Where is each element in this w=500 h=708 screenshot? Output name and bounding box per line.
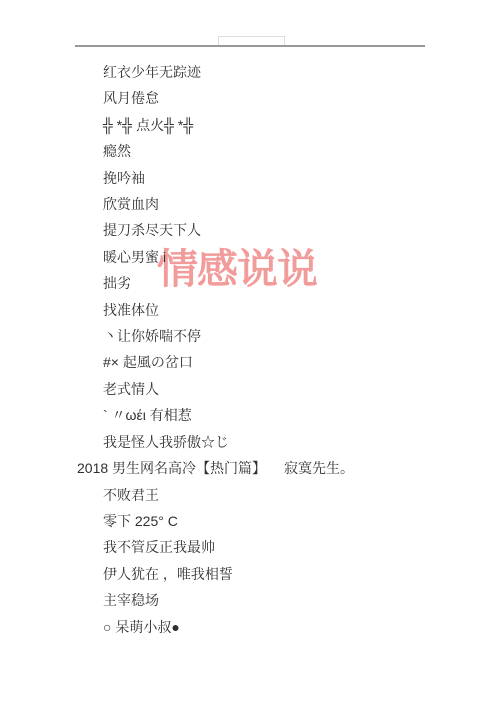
nickname-line: 拙劣 xyxy=(77,270,497,296)
nickname-list: 红衣少年无踪迹风月倦怠╬ *╬ 点火╬ *╬瘾然挽吟袖欣赏血肉提刀杀尽天下人暖心… xyxy=(77,59,497,640)
line-text: 老式情人 xyxy=(103,381,159,397)
nickname-line: 老式情人 xyxy=(77,376,497,402)
nickname-line: 提刀杀尽天下人 xyxy=(77,217,497,243)
line-text: 提刀杀尽天下人 xyxy=(103,222,201,238)
nickname-line: #× 起風の岔口 xyxy=(77,349,497,375)
line-text: 红衣少年无踪迹 xyxy=(103,64,201,80)
line-text: 暖心男蜜 i xyxy=(103,249,166,265)
line-text: 挽吟袖 xyxy=(103,170,145,186)
nickname-line: ╬ *╬ 点火╬ *╬ xyxy=(77,112,497,138)
nickname-line: 瘾然 xyxy=(77,138,497,164)
nickname-line: 风月倦怠 xyxy=(77,85,497,111)
line-text: ╬ *╬ 点火╬ *╬ xyxy=(103,117,193,133)
nickname-line: 欣赏血肉 xyxy=(77,191,497,217)
line-text: 欣赏血肉 xyxy=(103,196,159,212)
line-text: 2018 男生网名高冷【热门篇】 xyxy=(77,460,266,476)
line-text: 不败君王 xyxy=(103,487,159,503)
nickname-line: 主宰稳场 xyxy=(77,587,497,613)
nickname-line: 零下 225° C xyxy=(77,508,497,534)
line-text: 我不管反正我最帅 xyxy=(103,539,215,555)
nickname-line: 丶让你娇喘不停 xyxy=(77,323,497,349)
document-page: 情感说说 红衣少年无踪迹风月倦怠╬ *╬ 点火╬ *╬瘾然挽吟袖欣赏血肉提刀杀尽… xyxy=(0,0,500,708)
nickname-line: ` 〃ωέι 有相惹 xyxy=(77,402,497,428)
header-rule xyxy=(75,45,425,47)
line-text: 拙劣 xyxy=(103,275,131,291)
line-text-secondary: 寂寞先生。 xyxy=(284,460,354,476)
nickname-line: ○ 呆萌小叔● xyxy=(77,614,497,640)
nickname-line: 我不管反正我最帅 xyxy=(77,534,497,560)
section-heading-line: 2018 男生网名高冷【热门篇】寂寞先生。 xyxy=(77,455,497,481)
line-text: 我是怪人我骄傲☆じ xyxy=(103,434,229,450)
line-text: 零下 225° C xyxy=(103,513,178,529)
line-text: 风月倦怠 xyxy=(103,90,159,106)
line-text: 找准体位 xyxy=(103,302,159,318)
nickname-line: 暖心男蜜 i xyxy=(77,244,497,270)
line-text: 伊人犹在 ，唯我相誓 xyxy=(103,566,233,582)
line-text: 丶让你娇喘不停 xyxy=(103,328,201,344)
line-text: 主宰稳场 xyxy=(103,592,159,608)
nickname-line: 伊人犹在 ，唯我相誓 xyxy=(77,561,497,587)
nickname-line: 挽吟袖 xyxy=(77,165,497,191)
nickname-line: 找准体位 xyxy=(77,297,497,323)
line-text: ○ 呆萌小叔● xyxy=(103,619,180,635)
line-text: ` 〃ωέι 有相惹 xyxy=(103,407,192,423)
nickname-line: 红衣少年无踪迹 xyxy=(77,59,497,85)
nickname-line: 我是怪人我骄傲☆じ xyxy=(77,429,497,455)
line-text: #× 起風の岔口 xyxy=(103,354,193,370)
line-text: 瘾然 xyxy=(103,143,131,159)
nickname-line: 不败君王 xyxy=(77,482,497,508)
